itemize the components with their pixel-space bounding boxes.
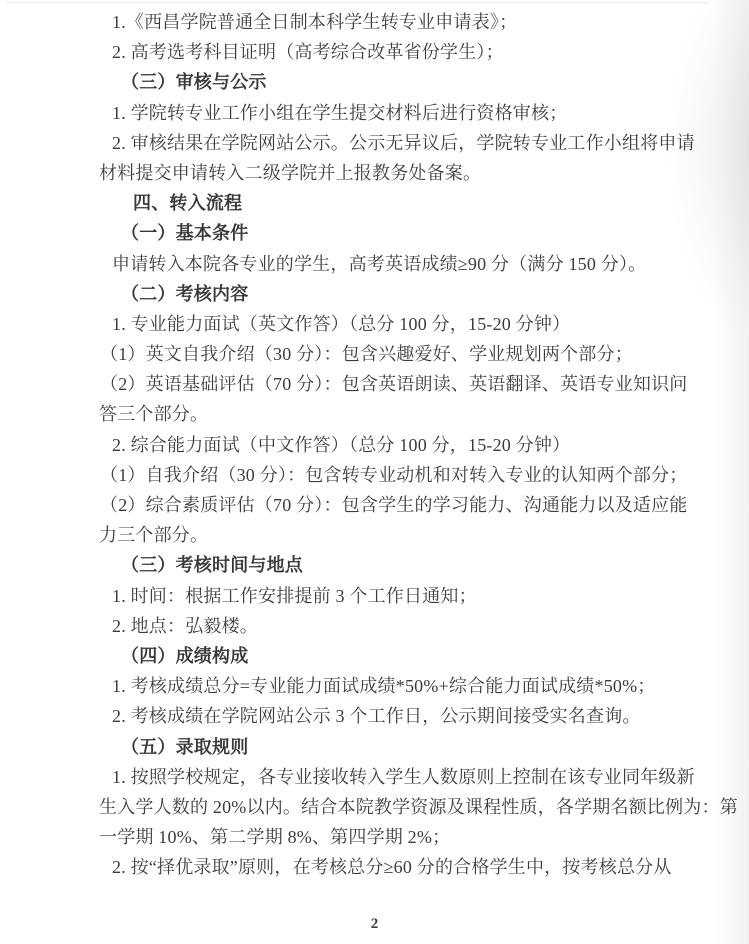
text-line: 2. 审核结果在学院网站公示。公示无异议后，学院转专业工作小组将申请	[99, 128, 699, 158]
text-line: （1）英文自我介绍（30 分）：包含兴趣爱好、学业规划两个部分；	[99, 339, 699, 369]
text-line: 一学期 10%、第二学期 8%、第四学期 2%；	[99, 822, 699, 852]
text-line: （三）审核与公示	[99, 67, 699, 97]
text-line: 2. 高考选考科目证明（高考综合改革省份学生）；	[99, 37, 699, 67]
page-top-edge-line	[6, 2, 709, 4]
text-line: 2. 考核成绩在学院网站公示 3 个工作日，公示期间接受实名查询。	[99, 701, 699, 731]
text-line: 答三个部分。	[99, 399, 699, 429]
text-line: （一）基本条件	[99, 218, 699, 248]
text-line: 1. 按照学校规定，各专业接收转入学生人数原则上控制在该专业同年级新	[99, 762, 699, 792]
text-line: 力三个部分。	[99, 520, 699, 550]
text-line: 2. 地点：弘毅楼。	[99, 611, 699, 641]
text-line: 2. 综合能力面试（中文作答）（总分 100 分，15-20 分钟）	[99, 430, 699, 460]
document-body: 1.《西昌学院普通全日制本科学生转专业申请表》；2. 高考选考科目证明（高考综合…	[99, 7, 699, 882]
text-line: （五）录取规则	[99, 732, 699, 762]
document-page: 1.《西昌学院普通全日制本科学生转专业申请表》；2. 高考选考科目证明（高考综合…	[0, 0, 749, 944]
text-line: 1. 学院转专业工作小组在学生提交材料后进行资格审核；	[99, 98, 699, 128]
text-line: （2）英语基础评估（70 分）：包含英语朗读、英语翻译、英语专业知识问	[99, 369, 699, 399]
text-line: （二）考核内容	[99, 279, 699, 309]
page-number: 2	[0, 916, 749, 933]
text-line: （2）综合素质评估（70 分）：包含学生的学习能力、沟通能力以及适应能	[99, 490, 699, 520]
text-line: 2. 按“择优录取”原则，在考核总分≥60 分的合格学生中，按考核总分从	[99, 852, 699, 882]
text-line: 1. 专业能力面试（英文作答）（总分 100 分，15-20 分钟）	[99, 309, 699, 339]
text-line: （1）自我介绍（30 分）：包含转专业动机和对转入专业的认知两个部分；	[99, 460, 699, 490]
text-line: 生入学人数的 20%以内。结合本院教学资源及课程性质，各学期名额比例为：第	[99, 792, 699, 822]
text-line: （三）考核时间与地点	[99, 550, 699, 580]
text-line: 1.《西昌学院普通全日制本科学生转专业申请表》；	[99, 7, 699, 37]
text-line: 1. 时间：根据工作安排提前 3 个工作日通知；	[99, 581, 699, 611]
text-line: 1. 考核成绩总分=专业能力面试成绩*50%+综合能力面试成绩*50%；	[99, 671, 699, 701]
text-line: （四）成绩构成	[99, 641, 699, 671]
text-line: 申请转入本院各专业的学生，高考英语成绩≥90 分（满分 150 分）。	[99, 249, 699, 279]
text-line: 四、转入流程	[99, 188, 699, 218]
text-line: 材料提交申请转入二级学院并上报教务处备案。	[99, 158, 699, 188]
